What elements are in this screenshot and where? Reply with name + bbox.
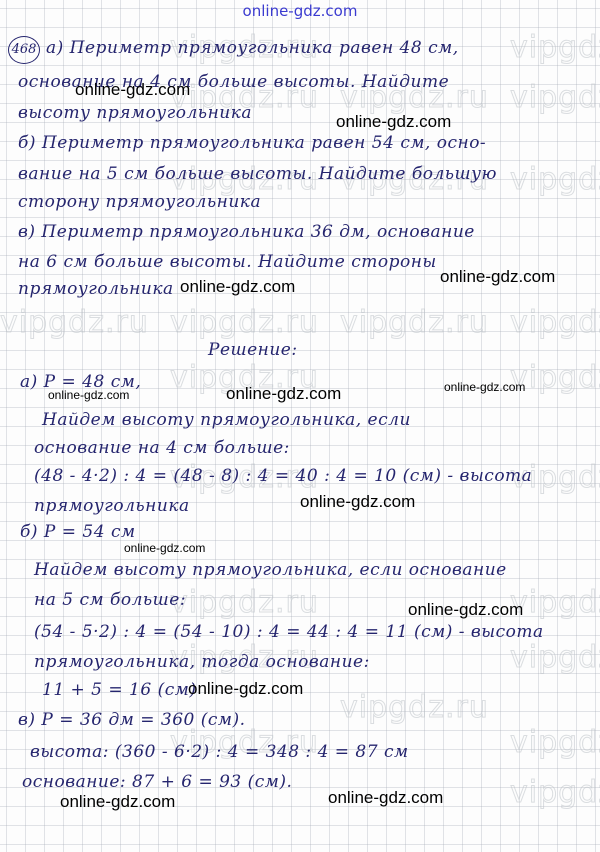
watermark-vipgdz: vipgdz.ru <box>510 585 600 620</box>
solution-line: Найдем высоту прямоугольника, если <box>42 410 411 430</box>
watermark-online-gdz: online-gdz.com <box>328 788 443 808</box>
task-line: вание на 5 см больше высоты. Найдите бол… <box>18 164 497 184</box>
watermark-vipgdz: vipgdz.ru <box>510 640 600 675</box>
solution-line: основание: 87 + 6 = 93 (см). <box>22 772 292 792</box>
watermark-vipgdz: vipgdz.ru <box>510 775 600 810</box>
task-line: сторону прямоугольника <box>18 192 261 212</box>
watermark-online-gdz: online-gdz.com <box>188 679 303 699</box>
watermark-vipgdz: vipgdz.ru <box>340 305 489 340</box>
watermark-vipgdz: vipgdz.ru <box>340 690 489 725</box>
solution-line: (54 - 5·2) : 4 = (54 - 10) : 4 = 44 : 4 … <box>34 622 544 642</box>
solution-line: основание на 4 см больше: <box>34 438 290 458</box>
solution-line: прямоугольника <box>34 496 190 516</box>
task-line: б) Периметр прямоугольника равен 54 см, … <box>18 133 486 153</box>
watermark-vipgdz: vipgdz.ru <box>510 30 600 65</box>
watermark-online-gdz: online-gdz.com <box>124 541 205 555</box>
top-watermark-link[interactable]: online-gdz.com <box>0 2 600 20</box>
task-line: в) Периметр прямоугольника 36 дм, основа… <box>18 222 475 242</box>
watermark-vipgdz: vipgdz.ru <box>0 305 149 340</box>
solution-heading: Решение: <box>208 340 298 360</box>
task-line: высоту прямоугольника <box>18 103 252 123</box>
watermark-online-gdz: online-gdz.com <box>180 277 295 297</box>
solution-line: б) P = 54 см <box>20 522 136 542</box>
watermark-online-gdz: online-gdz.com <box>75 80 190 100</box>
solution-line: 11 + 5 = 16 (см) <box>42 680 196 700</box>
watermark-vipgdz: vipgdz.ru <box>170 585 319 620</box>
solution-line: (48 - 4·2) : 4 = (48 - 8) : 4 = 40 : 4 =… <box>34 466 532 486</box>
solution-line: на 5 см больше: <box>34 590 186 610</box>
watermark-vipgdz: vipgdz.ru <box>510 80 600 115</box>
watermark-online-gdz: online-gdz.com <box>440 267 555 287</box>
task-line: а) Периметр прямоугольника равен 48 см, <box>46 38 459 58</box>
task-line: прямоугольника <box>18 279 174 299</box>
watermark-online-gdz: online-gdz.com <box>226 384 341 404</box>
watermark-online-gdz: online-gdz.com <box>60 792 175 812</box>
solution-line: прямоугольника, тогда основание: <box>34 652 370 672</box>
homework-page: vipgdz.ru vipgdz.ru vipgdz.ru vipgdz.ru … <box>0 0 600 852</box>
watermark-online-gdz: online-gdz.com <box>408 600 523 620</box>
solution-line: высота: (360 - 6·2) : 4 = 348 : 4 = 87 с… <box>30 742 409 762</box>
watermark-online-gdz: online-gdz.com <box>48 388 129 402</box>
solution-line: в) P = 36 дм = 360 (см). <box>18 710 246 730</box>
watermark-online-gdz: online-gdz.com <box>444 380 525 394</box>
watermark-vipgdz: vipgdz.ru <box>510 725 600 760</box>
watermark-online-gdz: online-gdz.com <box>300 492 415 512</box>
solution-line: Найдем высоту прямоугольника, если основ… <box>34 560 507 580</box>
task-number-badge: 468 <box>8 36 40 64</box>
watermark-vipgdz: vipgdz.ru <box>170 305 319 340</box>
watermark-vipgdz: vipgdz.ru <box>510 305 600 340</box>
watermark-online-gdz: online-gdz.com <box>336 112 451 132</box>
task-line: на 6 см больше высоты. Найдите стороны <box>18 252 437 272</box>
watermark-vipgdz: vipgdz.ru <box>510 162 600 197</box>
